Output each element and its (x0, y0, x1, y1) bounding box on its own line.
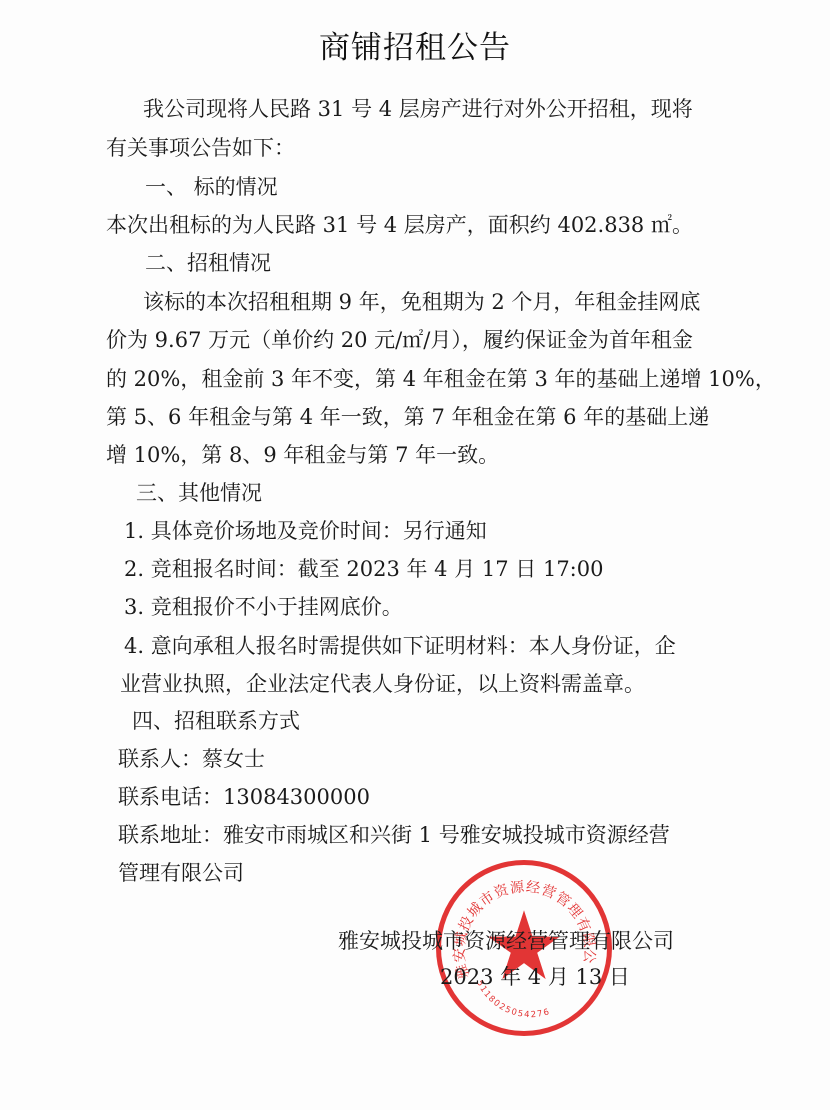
contact-person: 联系人：蔡女士 (118, 746, 265, 772)
section3-heading: 三、其他情况 (136, 480, 262, 506)
intro-line-1: 我公司现将人民路 31 号 4 层房产进行对外公开招租，现将 (143, 96, 693, 122)
signature-company: 雅安城投城市资源经营管理有限公司 (338, 928, 674, 954)
contact-address-line-2: 管理有限公司 (118, 860, 244, 886)
section2-line-2: 价为 9.67 万元（单价约 20 元/㎡/月），履约保证金为首年租金 (106, 327, 693, 353)
document-page: 商铺招租公告 我公司现将人民路 31 号 4 层房产进行对外公开招租，现将 有关… (0, 0, 830, 1110)
section4-heading: 四、招租联系方式 (132, 708, 300, 734)
section2-line-1: 该标的本次招租租期 9 年，免租期为 2 个月，年租金挂网底 (143, 289, 700, 315)
section1-heading: 一、 标的情况 (145, 174, 278, 200)
section1-line-1: 本次出租标的为人民路 31 号 4 层房产，面积约 402.838 ㎡。 (106, 212, 693, 238)
signature-date: 2023 年 4 月 13 日 (440, 964, 630, 990)
section3-item-1: 1. 具体竞价场地及竞价时间：另行通知 (124, 518, 487, 544)
section3-item-4-cont: 业营业执照，企业法定代表人身份证，以上资料需盖章。 (120, 671, 645, 697)
section2-heading: 二、招租情况 (145, 250, 271, 276)
section2-line-4: 第 5、6 年租金与第 4 年一致，第 7 年租金在第 6 年的基础上递 (106, 404, 709, 430)
contact-address-line-1: 联系地址：雅安市雨城区和兴街 1 号雅安城投城市资源经营 (118, 822, 670, 848)
section3-item-2: 2. 竞租报名时间：截至 2023 年 4 月 17 日 17:00 (124, 556, 603, 582)
section3-item-3: 3. 竞租报价不小于挂网底价。 (124, 594, 403, 620)
intro-line-2: 有关事项公告如下： (106, 135, 295, 161)
document-title: 商铺招租公告 (0, 22, 830, 67)
section2-line-3: 的 20%，租金前 3 年不变，第 4 年租金在第 3 年的基础上递增 10%， (106, 366, 776, 392)
contact-phone: 联系电话：13084300000 (118, 784, 370, 810)
section2-line-5: 增 10%，第 8、9 年租金与第 7 年一致。 (106, 442, 499, 468)
section3-item-4: 4. 意向承租人报名时需提供如下证明材料：本人身份证，企 (124, 633, 676, 659)
